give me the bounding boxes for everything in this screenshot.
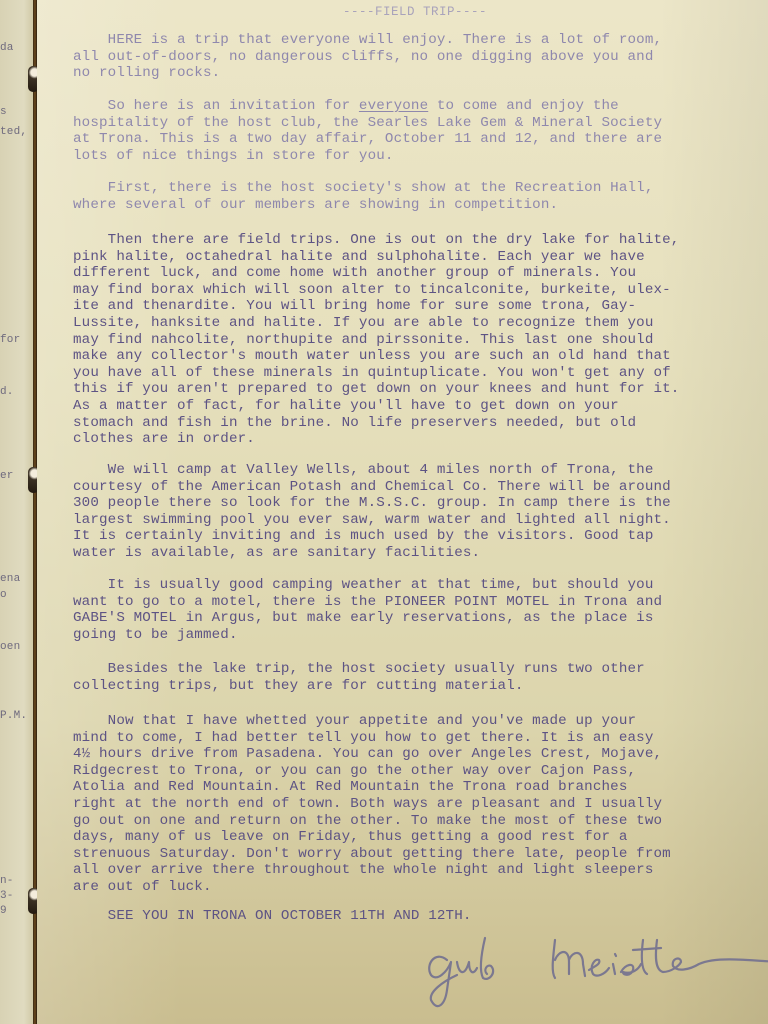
left-page-fragment: d.: [0, 386, 14, 398]
paragraph-field-trips: Then there are field trips. One is out o…: [73, 232, 679, 448]
text-line: Atolia and Red Mountain. At Red Mountain…: [73, 779, 671, 796]
text-line: this if you aren't prepared to get down …: [73, 381, 679, 398]
text-line: It is certainly inviting and is much use…: [73, 528, 671, 545]
paragraph-show: First, there is the host society's show …: [73, 180, 653, 213]
paragraph-directions: Now that I have whetted your appetite an…: [73, 713, 671, 896]
left-page-fragment: da: [0, 42, 14, 54]
text-line: ite and thenardite. You will bring home …: [73, 298, 679, 315]
text-line: at Trona. This is a two day affair, Octo…: [73, 131, 662, 148]
text-line: may find borax which will soon alter to …: [73, 282, 679, 299]
left-page-fragment: P.M.: [0, 710, 27, 722]
text-line: stomach and fish in the brine. No life p…: [73, 415, 679, 432]
text-line: Now that I have whetted your appetite an…: [73, 713, 671, 730]
text-line: strenuous Saturday. Don't worry about ge…: [73, 846, 671, 863]
left-page-fragment: ena: [0, 573, 20, 585]
text-line: 4½ hours drive from Pasadena. You can go…: [73, 746, 671, 763]
text-line: pink halite, octahedral halite and sulph…: [73, 249, 679, 266]
paragraph-closing: SEE YOU IN TRONA ON OCTOBER 11TH AND 12T…: [73, 908, 472, 925]
text-line: 300 people there so look for the M.S.S.C…: [73, 495, 671, 512]
text-line: We will camp at Valley Wells, about 4 mi…: [73, 462, 671, 479]
text-line: no rolling rocks.: [73, 65, 662, 82]
left-page-fragment: ted,: [0, 126, 27, 138]
left-page-fragment: for: [0, 334, 20, 346]
text-line: So here is an invitation for everyone to…: [73, 98, 662, 115]
text-line: all out-of-doors, no dangerous cliffs, n…: [73, 49, 662, 66]
article-title: ----FIELD TRIP----: [343, 4, 487, 21]
text-line: water is available, as are sanitary faci…: [73, 545, 671, 562]
document-page: ----FIELD TRIP---- HERE is a trip that e…: [37, 0, 768, 1024]
text-line: mind to come, I had better tell you how …: [73, 730, 671, 747]
text-line: Besides the lake trip, the host society …: [73, 661, 645, 678]
text-line: collecting trips, but they are for cutti…: [73, 678, 645, 695]
text-line: largest swimming pool you ever saw, warm…: [73, 512, 671, 529]
text-line: right at the north end of town. Both way…: [73, 796, 671, 813]
left-page-fragment: n-: [0, 875, 14, 887]
text-line: Then there are field trips. One is out o…: [73, 232, 679, 249]
paragraph-invitation: So here is an invitation for everyone to…: [73, 98, 662, 164]
paragraph-other-trips: Besides the lake trip, the host society …: [73, 661, 645, 694]
paragraph-motels: It is usually good camping weather at th…: [73, 577, 662, 643]
previous-page-edge: da s ted, for d. er ena o oen P.M. n- 3-…: [0, 0, 34, 1024]
left-page-fragment: oen: [0, 641, 20, 653]
left-page-fragment: 3-: [0, 890, 14, 902]
text-line: HERE is a trip that everyone will enjoy.…: [73, 32, 662, 49]
text-line: you have all of these minerals in quintu…: [73, 365, 679, 382]
text-line: clothes are in order.: [73, 431, 679, 448]
text-line: As a matter of fact, for halite you'll h…: [73, 398, 679, 415]
text-line: hospitality of the host club, the Searle…: [73, 115, 662, 132]
underlined-word: everyone: [359, 98, 428, 114]
text-line: going to be jammed.: [73, 627, 662, 644]
text-line: different luck, and come home with anoth…: [73, 265, 679, 282]
text-line: Ridgecrest to Trona, or you can go the o…: [73, 763, 671, 780]
left-page-fragment: 9: [0, 905, 7, 917]
left-page-fragment: er: [0, 470, 14, 482]
left-page-fragment: o: [0, 589, 7, 601]
text-line: First, there is the host society's show …: [73, 180, 653, 197]
text-line: go out on one and return on the other. T…: [73, 813, 671, 830]
text-line: make any collector's mouth water unless …: [73, 348, 679, 365]
text-line: lots of nice things in store for you.: [73, 148, 662, 165]
handwritten-signature: [417, 920, 768, 1020]
paragraph-camp: We will camp at Valley Wells, about 4 mi…: [73, 462, 671, 562]
text-line: may find nahcolite, northupite and pirss…: [73, 332, 679, 349]
text-line: Lussite, hanksite and halite. If you are…: [73, 315, 679, 332]
text-line: courtesy of the American Potash and Chem…: [73, 479, 671, 496]
text-line: days, many of us leave on Friday, thus g…: [73, 829, 671, 846]
text-line: all over arrive there throughout the who…: [73, 862, 671, 879]
text-line: are out of luck.: [73, 879, 671, 896]
text-line: want to go to a motel, there is the PION…: [73, 594, 662, 611]
text-line: where several of our members are showing…: [73, 197, 653, 214]
paragraph-intro: HERE is a trip that everyone will enjoy.…: [73, 32, 662, 82]
left-page-fragment: s: [0, 106, 7, 118]
text-line: SEE YOU IN TRONA ON OCTOBER 11TH AND 12T…: [73, 908, 472, 925]
text-line: GABE'S MOTEL in Argus, but make early re…: [73, 610, 662, 627]
text-line: It is usually good camping weather at th…: [73, 577, 662, 594]
